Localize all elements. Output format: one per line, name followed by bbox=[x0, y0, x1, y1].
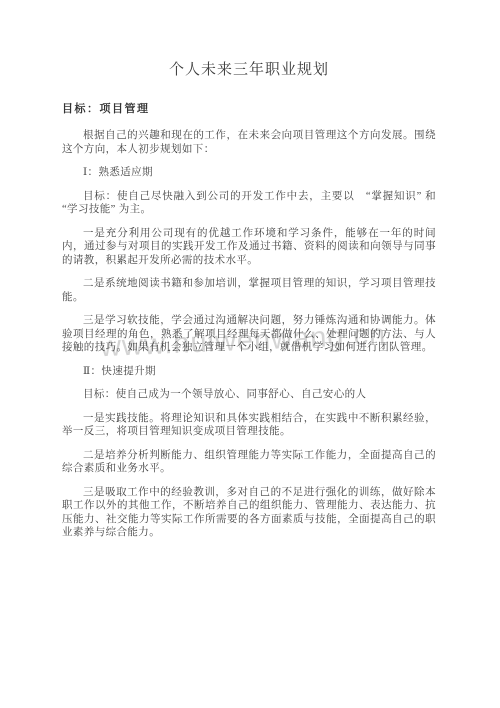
goal-heading: 目标：项目管理 bbox=[62, 100, 436, 116]
section-2-title: Ⅱ：快速提升期 bbox=[62, 365, 436, 379]
document-content: 个人未来三年职业规划 目标：项目管理 根据自己的兴趣和现在的工作，在未来会向项目… bbox=[62, 58, 436, 540]
section-1-paragraph-1: 一是充分利用公司现有的优越工作环境和学习条件，能够在一年的时间内，通过参与对项目… bbox=[62, 227, 436, 268]
section-2-paragraph-2: 二是培养分析判断能力、组织管理能力等实际工作能力，全面提高自己的综合素质和业务水… bbox=[62, 449, 436, 476]
section-2-paragraph-1: 一是实践技能。将理论知识和具体实践相结合，在实践中不断积累经验，举一反三，将项目… bbox=[62, 412, 436, 439]
intro-paragraph: 根据自己的兴趣和现在的工作，在未来会向项目管理这个方向发展。围绕这个方向，本人初… bbox=[62, 129, 436, 156]
section-2-goal: 目标：使自己成为一个领导放心、同事舒心、自己安心的人 bbox=[62, 388, 436, 402]
document-page: www.huiwenwang.cn 个人未来三年职业规划 目标：项目管理 根据自… bbox=[0, 0, 500, 708]
section-1-paragraph-3: 三是学习软技能，学会通过沟通解决问题，努力锤炼沟通和协调能力。体验项目经理的角色… bbox=[62, 314, 436, 355]
section-1-goal: 目标：使自己尽快融入到公司的开发工作中去，主要以 “掌握知识” 和 “学习技能”… bbox=[62, 190, 436, 217]
section-1-title: Ⅰ：熟悉适应期 bbox=[62, 166, 436, 180]
page-title: 个人未来三年职业规划 bbox=[62, 58, 436, 79]
section-2-paragraph-3: 三是吸取工作中的经验教训，多对自己的不足进行强化的训练，做好除本职工作以外的其他… bbox=[62, 486, 436, 540]
section-1-paragraph-2: 二是系统地阅读书籍和参加培训，掌握项目管理的知识，学习项目管理技能。 bbox=[62, 277, 436, 304]
